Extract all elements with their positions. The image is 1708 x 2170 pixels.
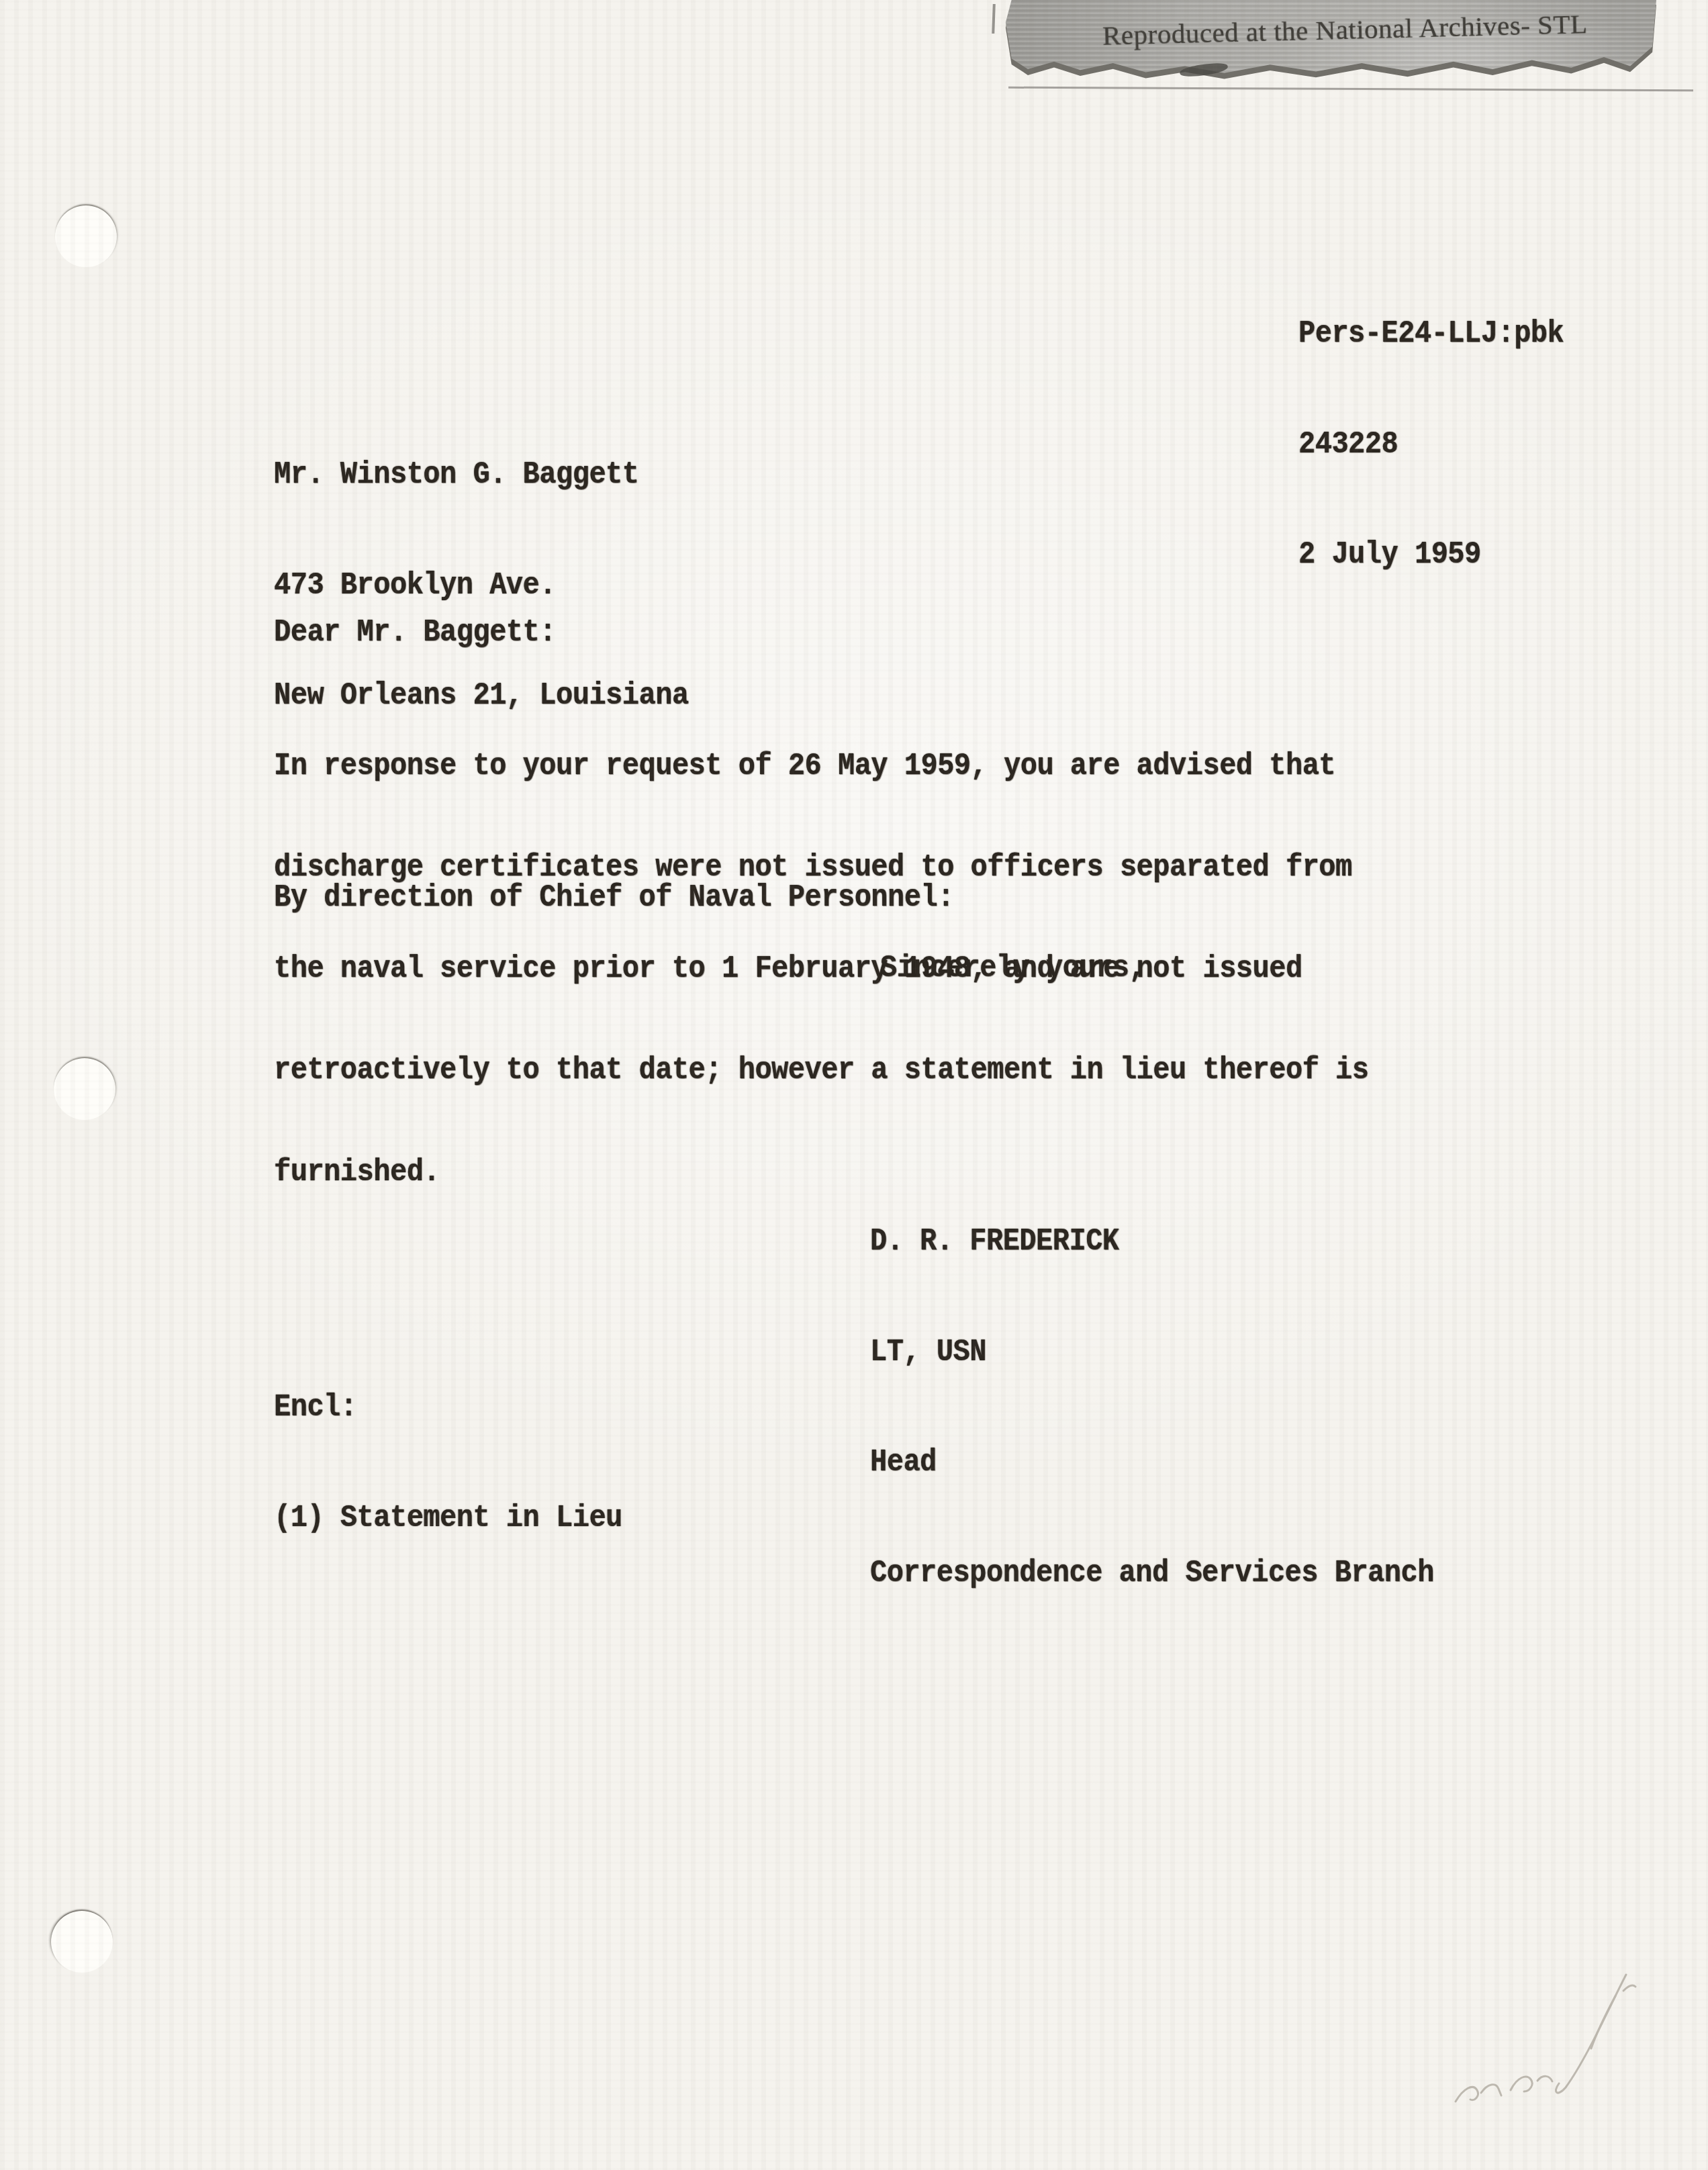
recipient-street: 473 Brooklyn Ave. (274, 567, 689, 604)
body-line: In response to your request of 26 May 19… (274, 749, 1368, 783)
hole-punch-icon (55, 205, 117, 267)
direction-line: By direction of Chief of Naval Personnel… (274, 880, 954, 916)
hole-punch-icon (51, 1911, 113, 1973)
signer-branch: Correspondence and Services Branch (870, 1555, 1434, 1592)
stamp-edge-tick (992, 4, 996, 34)
enclosure-item: (1) Statement in Lieu (274, 1499, 622, 1536)
body-line: retroactively to that date; however a st… (274, 1053, 1368, 1087)
body-line: the naval service prior to 1 February 19… (274, 952, 1368, 986)
hole-punch-icon (54, 1058, 115, 1120)
enclosure-block: Encl: (1) Statement in Lieu (274, 1315, 622, 1610)
signer-name: D. R. FREDERICK (870, 1223, 1434, 1260)
enclosure-label: Encl: (274, 1389, 622, 1426)
handwritten-pencil-mark-icon (1443, 1964, 1645, 2125)
signer-title: Head (870, 1444, 1434, 1481)
serial-number: 243228 (1298, 426, 1564, 463)
reference-symbol: Pers-E24-LLJ:pbk (1298, 316, 1564, 352)
letter-date: 2 July 1959 (1298, 536, 1564, 573)
archives-stamp: Reproduced at the National Archives- STL (1002, 0, 1656, 101)
salutation: Dear Mr. Baggett: (274, 614, 556, 651)
letter-page: Reproduced at the National Archives- STL… (0, 0, 1708, 2170)
recipient-name: Mr. Winston G. Baggett (274, 457, 689, 493)
reference-block: Pers-E24-LLJ:pbk 243228 2 July 1959 (1298, 242, 1564, 647)
signer-rank: LT, USN (870, 1333, 1434, 1370)
closing: Sincerely yours, (880, 950, 1145, 987)
signature-block: D. R. FREDERICK LT, USN Head Corresponde… (870, 1149, 1434, 1665)
